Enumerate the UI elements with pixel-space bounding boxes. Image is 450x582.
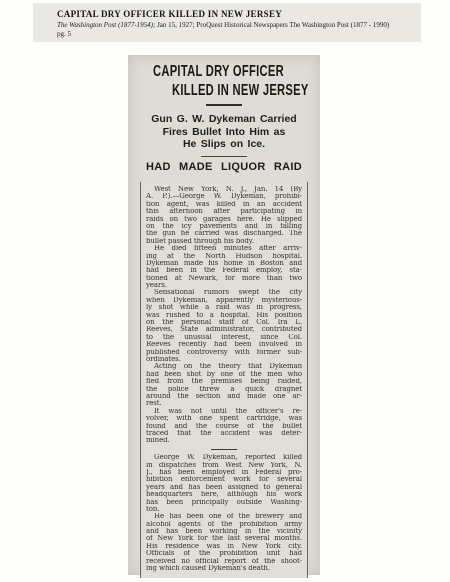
body-line: mined.	[146, 437, 302, 444]
subhead-divider-rule	[201, 156, 247, 158]
body-line: was rushed to a hospital. His position	[146, 312, 302, 319]
body-line: ordinates.	[146, 356, 302, 363]
body-line: ton.	[146, 506, 302, 513]
body-paragraph: Acting on the theory that Dykemanhad bee…	[146, 363, 302, 407]
body-line: had been in the Federal employ, sta-	[146, 267, 302, 274]
body-line: found and the course of the bullet	[146, 423, 302, 430]
body-line: raids on two garages here. He slipped	[146, 216, 302, 223]
headline-line-2: KILLED IN NEW JERSEY	[172, 81, 279, 100]
body-line: alcohol agents of the prohibition army	[146, 521, 302, 528]
body-line: tioned at Newark, for more than two	[146, 275, 302, 282]
body-line: Sensational rumors swept the city	[146, 289, 302, 296]
proquest-scan-page: CAPITAL DRY OFFICER KILLED IN NEW JERSEY…	[0, 0, 450, 582]
body-line: headquarters here, although his work	[146, 491, 302, 498]
body-line: It was not until the officer's re-	[146, 408, 302, 415]
body-line: ing which caused Dykeman's death.	[146, 565, 302, 572]
citation-header: CAPITAL DRY OFFICER KILLED IN NEW JERSEY…	[33, 3, 421, 42]
body-line: bullet passed through his body.	[146, 238, 302, 245]
body-line: fled from the premises being raided,	[146, 378, 302, 385]
body-line: had been shot by one of the men who	[146, 371, 302, 378]
body-line: published controversy with former sub-	[146, 349, 302, 356]
body-line: A. P.).—George W. Dykeman, prohibi-	[146, 193, 302, 200]
body-line: received no official report of the shoot…	[146, 558, 302, 565]
body-line: George W. Dykeman, reported killed	[146, 454, 302, 461]
body-paragraph: George W. Dykeman, reported killedin dis…	[146, 454, 302, 513]
body-line: Reeves recently had been involved in	[146, 341, 302, 348]
body-paragraph: Sensational rumors swept the citywhen Dy…	[146, 289, 302, 363]
citation-title: CAPITAL DRY OFFICER KILLED IN NEW JERSEY	[57, 9, 415, 19]
body-line: years.	[146, 282, 302, 289]
subhead-line-2: Fires Bullet Into Him as	[128, 126, 320, 139]
section-divider-rule	[211, 449, 237, 451]
body-line: His residence was in New York city.	[146, 543, 302, 550]
body-line: traced that the accident was deter-	[146, 430, 302, 437]
body-paragraph: It was not until the officer's re-volver…	[146, 408, 302, 445]
body-line: on the icy pavements and in falling	[146, 223, 302, 230]
body-line: Dykeman made his home in Boston and	[146, 260, 302, 267]
body-line: in dispatches from West New York, N.	[146, 462, 302, 469]
body-line: when Dykeman, apparently mysterious-	[146, 297, 302, 304]
body-line: years and has been assigned to general	[146, 484, 302, 491]
body-paragraph: West New York, N. J., Jan. 14 (ByA. P.).…	[146, 186, 302, 245]
body-line: Officials of the prohibition unit had	[146, 550, 302, 557]
body-line: J., has been employed in Federal pro-	[146, 469, 302, 476]
body-line: ing at the North Hudson hospital.	[146, 253, 302, 260]
body-line: has been principally outside Washing-	[146, 499, 302, 506]
body-line: of New York for the last several months.	[146, 535, 302, 542]
headline-divider-rule	[206, 104, 242, 106]
citation-source-details: Jan 15, 1927; ProQuest Historical Newspa…	[155, 21, 389, 29]
body-line: the police threw a quick dragnet	[146, 386, 302, 393]
article-kicker: HAD MADE LIQUOR RAID	[128, 161, 320, 173]
body-line: rest.	[146, 400, 302, 407]
body-paragraph: He died fifteen minutes after arriv-ing …	[146, 245, 302, 289]
body-line: West New York, N. J., Jan. 14 (By	[146, 186, 302, 193]
headline-line-1: CAPITAL DRY OFFICER	[153, 62, 273, 81]
body-line: tion agent, was killed in an accident	[146, 201, 302, 208]
body-line: to the unusual interest, since Col.	[146, 334, 302, 341]
citation-source: The Washington Post (1877-1954); Jan 15,…	[57, 21, 415, 29]
newspaper-clipping: CAPITAL DRY OFFICER KILLED IN NEW JERSEY…	[128, 55, 320, 575]
article-headline: CAPITAL DRY OFFICER KILLED IN NEW JERSEY	[128, 55, 320, 100]
article-subhead: Gun G. W. Dykeman Carried Fires Bullet I…	[128, 113, 320, 151]
citation-source-publication: The Washington Post (1877-1954);	[57, 21, 155, 29]
citation-page-number: pg. 5	[57, 30, 415, 38]
body-line: ly shot while a raid was in progress,	[146, 304, 302, 311]
body-line: Acting on the theory that Dykeman	[146, 363, 302, 370]
body-line: volver, with one spent cartridge, was	[146, 415, 302, 422]
body-line: Reeves, State administrator, contributed	[146, 326, 302, 333]
article-body: West New York, N. J., Jan. 14 (ByA. P.).…	[140, 182, 308, 578]
subhead-line-3: He Slips on Ice.	[128, 138, 320, 151]
body-line: the gun he carried was discharged. The	[146, 230, 302, 237]
body-line: and has been working in the vicinity	[146, 528, 302, 535]
body-line: He died fifteen minutes after arriv-	[146, 245, 302, 252]
subhead-line-1: Gun G. W. Dykeman Carried	[128, 113, 320, 126]
body-line: around the section and made one ar-	[146, 393, 302, 400]
body-line: He has been one of the brewery and	[146, 513, 302, 520]
body-paragraph: He has been one of the brewery andalcoho…	[146, 513, 302, 572]
body-line: on the personal staff of Col. Ira L.	[146, 319, 302, 326]
body-line: this afternoon after participating in	[146, 208, 302, 215]
body-line: hibition enforcement work for several	[146, 476, 302, 483]
